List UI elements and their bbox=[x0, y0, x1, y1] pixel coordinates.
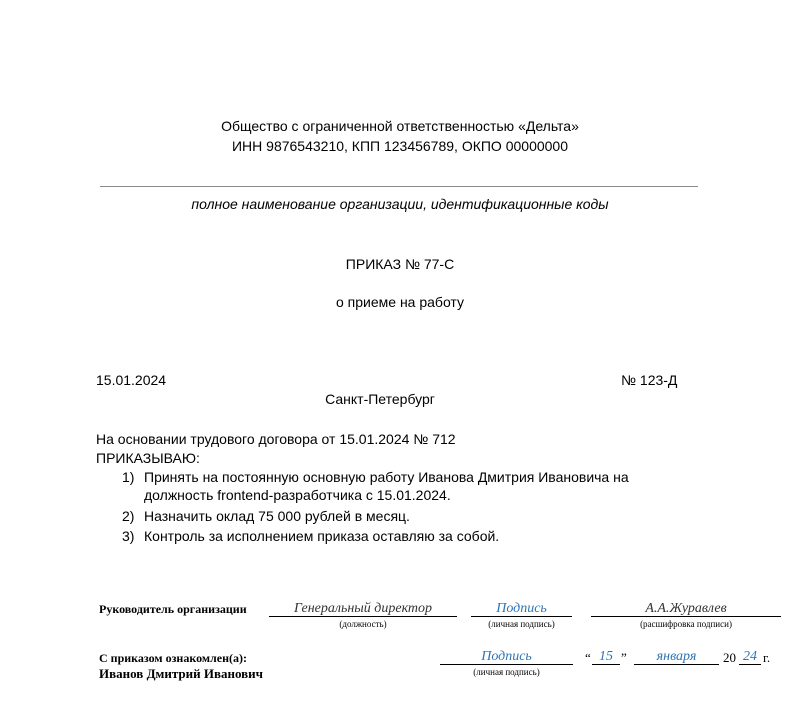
acknowledgement-year-field[interactable]: 24 bbox=[739, 649, 761, 665]
head-signature-hint: (личная подпись) bbox=[471, 619, 572, 629]
order-city: Санкт-Петербург bbox=[0, 390, 760, 408]
date-quote-close: ” bbox=[621, 650, 627, 666]
employee-name: Иванов Дмитрий Иванович bbox=[99, 666, 263, 682]
acknowledgement-day-field[interactable]: 15 bbox=[592, 649, 620, 665]
head-position-field[interactable]: Генеральный директор bbox=[269, 601, 457, 617]
acknowledgement-month-field[interactable]: января bbox=[634, 649, 719, 665]
year-suffix: г. bbox=[763, 650, 770, 666]
order-subject: о приеме на работу bbox=[0, 293, 790, 311]
organization-caption: полное наименование организации, идентиф… bbox=[0, 195, 790, 213]
order-verb: ПРИКАЗЫВАЮ: bbox=[96, 449, 200, 467]
head-signature-label: Руководитель организации bbox=[99, 602, 247, 616]
order-item-text: Принять на постоянную основную работу Ив… bbox=[144, 468, 684, 504]
head-signature-field[interactable]: Подпись bbox=[471, 601, 572, 617]
order-item-number: 1) bbox=[122, 468, 134, 486]
head-decoding-hint: (расшифровка подписи) bbox=[591, 619, 781, 629]
acknowledgement-label: С приказом ознакомлен(а): bbox=[99, 651, 247, 665]
order-basis: На основании трудового договора от 15.01… bbox=[96, 430, 456, 448]
date-quote-open: “ bbox=[585, 650, 591, 666]
head-position-hint: (должность) bbox=[269, 619, 457, 629]
employee-signature-field[interactable]: Подпись bbox=[440, 649, 573, 665]
order-item-text: Контроль за исполнением приказа оставляю… bbox=[144, 527, 684, 545]
organization-name: Общество с ограниченной ответственностью… bbox=[0, 117, 790, 135]
order-item-text: Назначить оклад 75 000 рублей в месяц. bbox=[144, 507, 684, 525]
order-item-number: 2) bbox=[122, 507, 134, 525]
order-item-number: 3) bbox=[122, 527, 134, 545]
year-prefix: 20 bbox=[723, 650, 736, 666]
order-title: ПРИКАЗ № 77-С bbox=[0, 255, 790, 273]
order-date: 15.01.2024 bbox=[96, 371, 166, 389]
head-decoding-field[interactable]: А.А.Журавлев bbox=[591, 601, 781, 617]
order-number: № 123-Д bbox=[621, 371, 677, 389]
organization-codes: ИНН 9876543210, КПП 123456789, ОКПО 0000… bbox=[0, 137, 790, 155]
organization-divider bbox=[100, 186, 698, 187]
employee-signature-hint: (личная подпись) bbox=[440, 667, 573, 677]
